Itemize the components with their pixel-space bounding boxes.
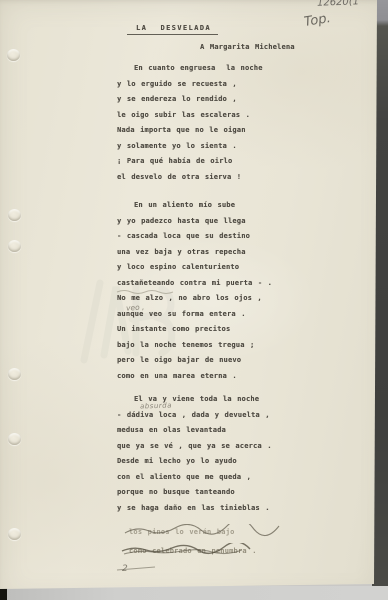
poem-line: el desvelo de otra sierva ! — [117, 170, 263, 186]
poem-line: y lo erguido se recuesta , — [117, 77, 263, 93]
poem-line: Nada importa que no le oigan — [117, 123, 263, 139]
poem-line: y solamente yo lo sienta . — [117, 139, 263, 155]
poem-line: y se haga daño en las tinieblas . — [117, 501, 272, 517]
poem-line: y se endereza lo rendido , — [117, 92, 263, 108]
stanza-3: El va y viene toda la noche- dádiva loca… — [117, 392, 272, 516]
stanza-1: En cuanto engruesa la nochey lo erguido … — [117, 61, 263, 185]
crossed-out-line: los pinos lo verán bajo — [129, 528, 235, 536]
poem-line: le oigo subir las escaleras . — [117, 108, 263, 124]
pencil-annotation-absurda: absurda — [140, 401, 172, 410]
poem-line: con el aliento que me queda , — [117, 470, 272, 486]
poem-line: medusa en olas levantada — [117, 423, 272, 439]
poem-line: castañeteando contra mi puerta - . — [117, 276, 272, 292]
poem-line: - cascada loca que su destino — [117, 229, 272, 245]
poem-title: LA DESVELADA — [127, 24, 218, 35]
pencil-annotation-veo: veo , — [126, 302, 145, 312]
corner-note: Top. — [303, 11, 332, 30]
page-number-text: 2 — [122, 564, 128, 574]
poem-line: y yo padezco hasta que llega — [117, 214, 272, 230]
poem-line: porque no busque tanteando — [117, 485, 272, 501]
punch-hole — [8, 528, 21, 540]
poem-line: Desde mi lecho yo lo ayudo — [117, 454, 272, 470]
punch-hole — [8, 240, 21, 252]
paper-sheet: 12620(1 Top. LA DESVELADA A Margarita Mi… — [0, 0, 388, 600]
poem-line: Un instante como precitos — [117, 322, 272, 338]
poem-line: como en una marea eterna . — [117, 369, 272, 385]
punch-hole — [8, 368, 21, 380]
poem-line: pero le oigo bajar de nuevo — [117, 353, 272, 369]
poem-line: y loco espino calenturiento — [117, 260, 272, 276]
stanza-2: En un aliento mío subey yo padezco hasta… — [117, 198, 272, 384]
punch-hole — [7, 49, 20, 61]
poem-line: bajo la noche tenemos tregua ; — [117, 338, 272, 354]
poem-line: ¡ Para qué había de oirlo — [117, 154, 263, 170]
poem-line: En un aliento mío sube — [117, 198, 272, 214]
page-number-mark: 2 — [115, 561, 161, 575]
scanned-manuscript-page: 12620(1 Top. LA DESVELADA A Margarita Mi… — [0, 0, 388, 600]
punch-hole — [8, 433, 21, 445]
poem-line: que ya se vé , que ya se acerca . — [117, 439, 272, 455]
archive-number: 12620(1 — [317, 0, 359, 9]
dedication: A Margarita Michelena — [200, 43, 295, 51]
punch-hole — [8, 209, 21, 221]
poem-line: una vez baja y otras repecha — [117, 245, 272, 261]
crossed-out-line: como celebrado en penumbra . — [129, 547, 257, 555]
poem-line: En cuanto engruesa la noche — [117, 61, 263, 77]
